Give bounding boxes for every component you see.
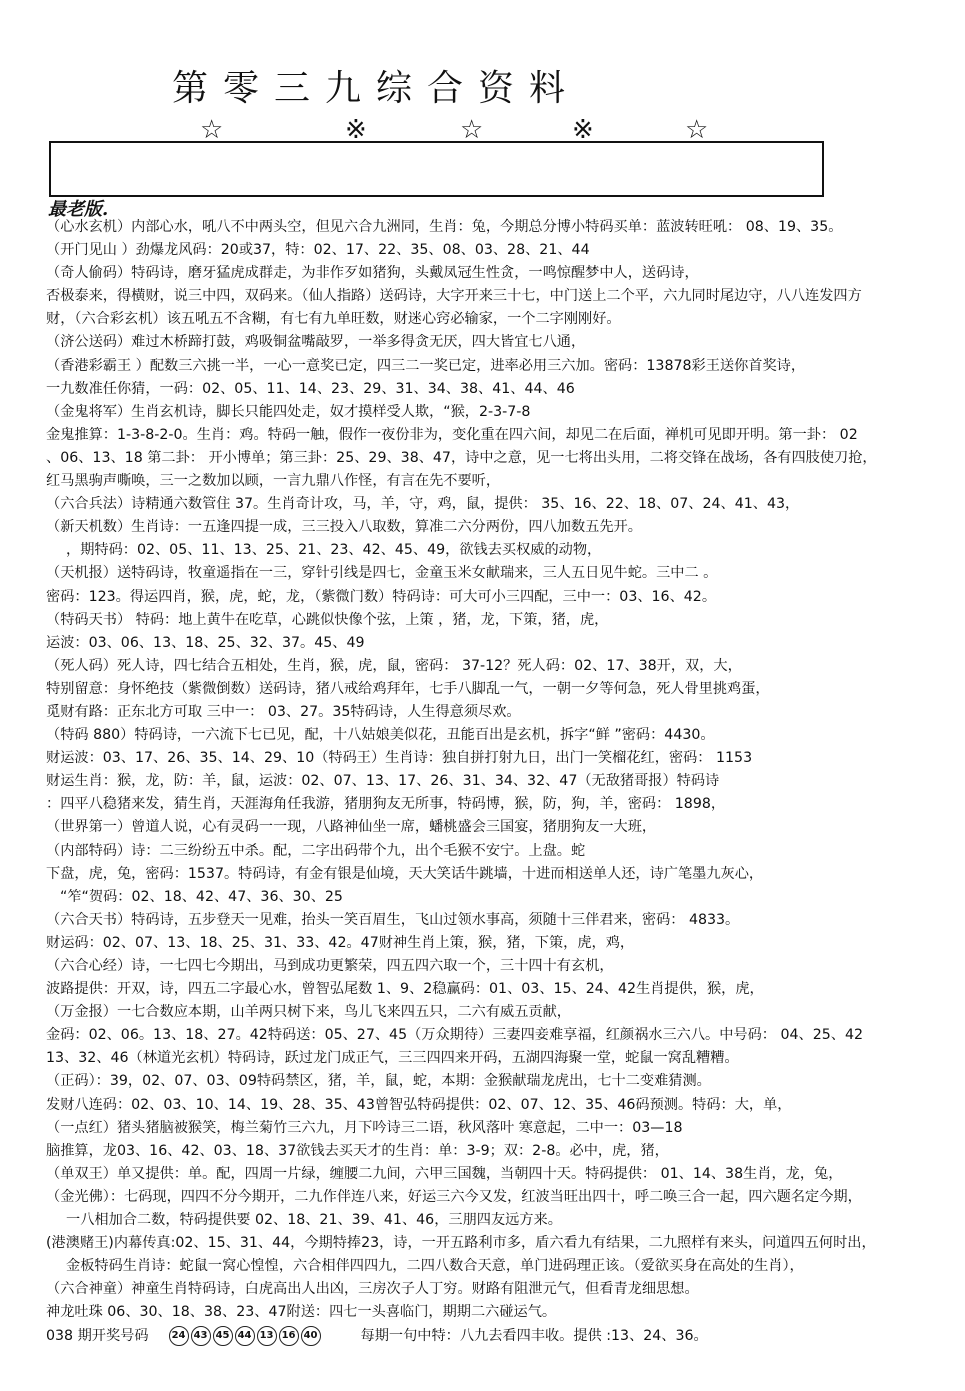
number-ball: 40 <box>301 1326 321 1346</box>
text-line: 财运生肖：猴，龙，防：羊，鼠，运波：02、07、13、17、26、31、34、3… <box>46 770 965 793</box>
text-line: 一八相加合二数，特码提供要 02、18、21、39、41、46，三朋四友远方来。 <box>46 1209 965 1232</box>
text-line: 金板特码生肖诗：蛇鼠一窝心惶惶，六合相伴四四九，二四八数合天意，单门进码理正该。… <box>46 1255 965 1278</box>
text-line: 红马黑驹声嘶唤，三一之数加以顾，一言九鼎八作怪，有言在先不要听， <box>46 470 965 493</box>
text-line: （六合神童）神童生肖特码诗，白虎高出人出凶，三房次子人丁穷。财路有阻泄元气，但看… <box>46 1278 965 1301</box>
text-line: （六合兵法）诗精通六数管住 37。生肖奇计攻，马，羊，守，鸡，鼠，提供： 35、… <box>46 493 965 516</box>
number-ball: 16 <box>279 1326 299 1346</box>
text-line: 发财八连码：02、03、10、14、19、28、35、43曾智弘特码提供：02、… <box>46 1094 965 1117</box>
document-body: （心水玄机）内部心水，吼八不中两头空，但见六合九洲同，生肖：兔，今期总分博小特码… <box>46 216 965 1348</box>
text-line: （心水玄机）内部心水，吼八不中两头空，但见六合九洲同，生肖：兔，今期总分博小特码… <box>46 216 965 239</box>
text-line: （万金报）一七合数应本期，山羊两只树下来，鸟儿飞来四五只，二六有威五贡献， <box>46 1001 965 1024</box>
text-line: 13、32、46（林道光玄机）特码诗，跃过龙门成正气，三三四四来开码，五湖四海聚… <box>46 1047 965 1070</box>
text-line: 金码：02、06。13、18、27。42特码送：05、27、45（万众期待）三妻… <box>46 1024 965 1047</box>
result-line: 038 期开奖号码 24 43 45 44 13 16 40 每期一句中特：八九… <box>46 1325 965 1348</box>
text-line: （奇人偷码）特码诗，磨牙猛虎成群走，为非作歹如猪狗，头戴凤冠生性贪，一鸣惊醒梦中… <box>46 262 965 285</box>
page-title: 第零三九综合资料 <box>172 60 580 111</box>
text-line: （特码天书） 特码：地上黄牛在吃草，心跳似快像个弦，上策 ，猪，龙，下策，猪，虎… <box>46 609 965 632</box>
text-line: 特别留意：身怀绝技（紫微倒数）送码诗，猪八戒给鸡拜年，七手八脚乱一气，一朝一夕等… <box>46 678 965 701</box>
text-line: （金光佛）：七码现，四四不分今期开，二九作伴连八来，好运三六今又发，红波当旺出四… <box>46 1186 965 1209</box>
text-line: “笮“贺码：02、18、42、47、36、30、25 <box>46 886 965 909</box>
text-line: 一九数准任你猜，一码：02、05、11、14、23、29、31、34、38、41… <box>46 378 965 401</box>
text-line: 否极泰来，得横财，说三中四，双码来。（仙人指路）送码诗，大字开来三十七，中门送上… <box>46 285 965 308</box>
number-ball: 45 <box>213 1326 233 1346</box>
text-line: (港澳赌王)内幕传真:02、15、31、44，今期特捧23，诗，一开五路利市多，… <box>46 1232 965 1255</box>
text-line: （新天机数）生肖诗：一五逢四提一成，三三投入八取数，算准二六分两份，四八加数五先… <box>46 516 965 539</box>
result-tail: 每期一句中特：八九去看四丰收。提供 :13、24、36。 <box>361 1325 708 1348</box>
number-ball: 44 <box>235 1326 255 1346</box>
text-line: （一点红）猪头猪脑被猴笑，梅兰菊竹三六九，月下吟诗三二语，秋风落叶 寒意起，二中… <box>46 1117 965 1140</box>
text-line: （正码）：39，02、07、03、09特码禁区，猪，羊，鼠，蛇，本期：金猴献瑞龙… <box>46 1070 965 1093</box>
text-line: 、06、13、18 第二卦： 开小博单；第三卦：25、29、38、47，诗中之意… <box>46 447 965 470</box>
text-line: 觅财有路：正东北方可取 三中一： 03、27。35特码诗，人生得意须尽欢。 <box>46 701 965 724</box>
text-line: 财运波：03、17、26、35、14、29、10（特码王）生肖诗：独自拼打射九日… <box>46 747 965 770</box>
number-ball: 43 <box>191 1326 211 1346</box>
text-line: （济公送码）难过木桥蹄打鼓，鸡吸铜盆嘴敲罗，一举多得贪无厌，四大皆宜七八通， <box>46 331 965 354</box>
text-line: （世界第一）曾道人说，心有灵码一一现，八路神仙坐一席，蟠桃盛会三国宴，猪朋狗友一… <box>46 816 965 839</box>
text-line: 神龙吐珠 06、30、18、38、23、47附送：四七一头喜临门，期期二六碰运气… <box>46 1301 965 1324</box>
text-line: （开门见山 ）劲爆龙风码：20或37，特：02、17、22、35、08、03、2… <box>46 239 965 262</box>
result-label: 038 期开奖号码 <box>46 1325 149 1348</box>
text-line: （单双王）单又提供：单。配，四周一片绿，缠腰二九间，六甲三国魏，当朝四十天。特码… <box>46 1163 965 1186</box>
text-line: 财，（六合彩玄机）该五吼五不含糊，有七有九单旺数，财迷心窍必输家，一个二字刚刚好… <box>46 308 965 331</box>
text-line: 财运码：02、07、13、18、25、31、33、42。47财神生肖上策，猴，猪… <box>46 932 965 955</box>
text-line: 脑推算，龙03、16、42、03、18、37欲钱去买天才的生肖：单：3-9；双：… <box>46 1140 965 1163</box>
number-ball: 13 <box>257 1326 277 1346</box>
text-line: ，期特码：02、05、11、13、25、21、23、42、45、49，欲钱去买权… <box>46 539 965 562</box>
text-line: ：四平八稳猪来发，猜生肖，天涯海角任我游，猪朋狗友无所事，特码博，猴，防，狗，羊… <box>46 793 965 816</box>
text-line: 密码：123。得运四肖，猴，虎，蛇，龙，（紫微门数）特码诗：可大可小三四配，三中… <box>46 586 965 609</box>
text-line: （内部特码）诗：二三纷纷五中杀。配，二字出码带个九，出个毛猴不安宁。上盘。蛇 <box>46 840 965 863</box>
text-line: （金鬼将军）生肖玄机诗，脚长只能四处走，奴才摸样受人欺，“猴，2-3-7-8 <box>46 401 965 424</box>
text-line: （香港彩霸王 ）配数三六挑一半，一心一意奖已定，四三二一奖已定，进率必用三六加。… <box>46 355 965 378</box>
number-ball: 24 <box>169 1326 189 1346</box>
text-line: 波路提供：开双，诗，四五二字最心水，曾智弘尾数 1、9、2稳赢码：01、03、1… <box>46 978 965 1001</box>
text-line: 运波：03、06、13、18、25、32、37。45、49 <box>46 632 965 655</box>
text-line: （天机报）送特码诗，牧童遥指在一三，穿针引线是四七，金童玉米女献瑞来，三人五日见… <box>46 562 965 585</box>
text-line: （死人码）死人诗，四七结合五相处，生肖，猴，虎，鼠，密码： 37-12？死人码：… <box>46 655 965 678</box>
banner-box <box>49 141 824 197</box>
text-line: 金鬼推算：1-3-8-2-0。生肖：鸡。特码一触，假作一夜份非为，变化重在四六间… <box>46 424 965 447</box>
text-line: （特码 880）特码诗，一六流下七已见，配，十八姑娘美似花，丑能百出是玄机，拆字… <box>46 724 965 747</box>
text-line: （六合心经）诗，一七四七今期出，马到成功更繁荣，四五四六取一个，三十四十有玄机， <box>46 955 965 978</box>
result-balls: 24 43 45 44 13 16 40 <box>169 1326 321 1346</box>
text-line: 下盘，虎，兔，密码：1537。特码诗，有金有银是仙境，天大笑话牛跳墙，十进而相送… <box>46 863 965 886</box>
text-line: （六合天书）特码诗，五步登天一见难，抬头一笑百眉生，飞山过领水事高，须随十三伴君… <box>46 909 965 932</box>
